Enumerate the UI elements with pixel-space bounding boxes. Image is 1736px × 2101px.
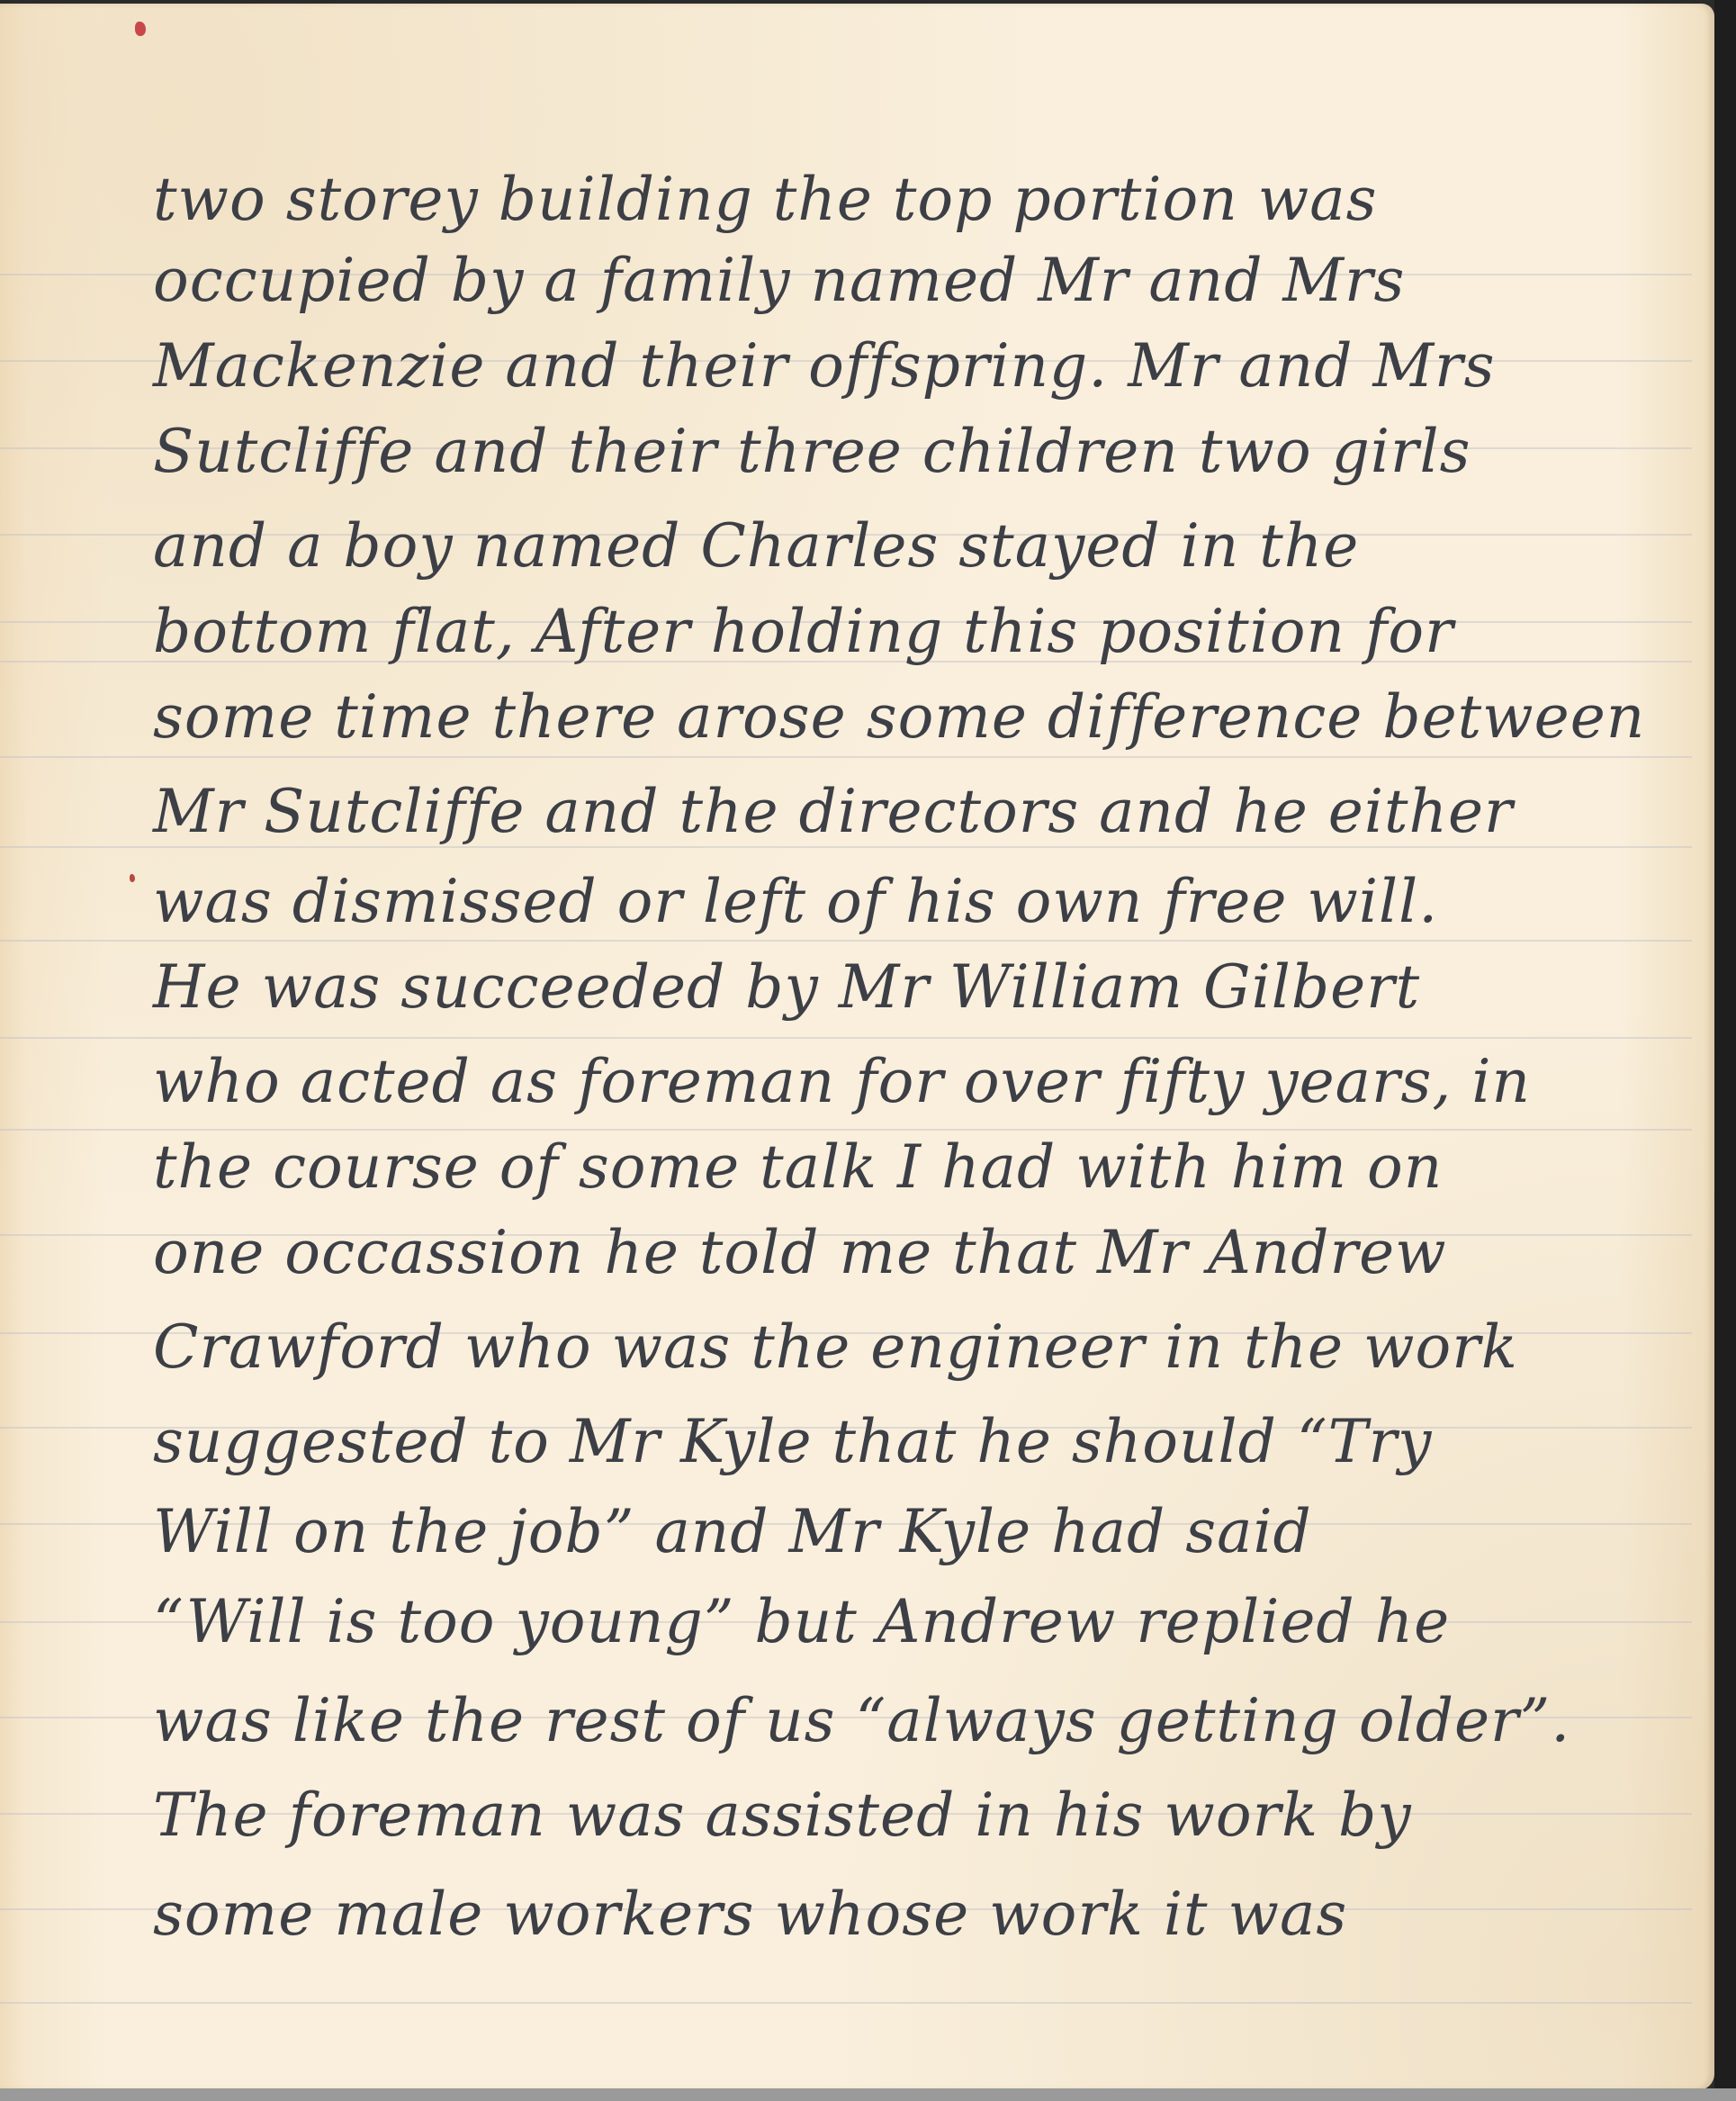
text-line: who acted as foreman for over fifty year… [153,1052,1531,1112]
text-line: Mackenzie and their offspring. Mr and Mr… [153,337,1495,396]
text-line: The foreman was assisted in his work by [153,1786,1412,1845]
text-line: was dismissed or left of his own free wi… [153,872,1438,932]
text-line: bottom flat, After holding this position… [153,602,1454,662]
handwritten-text: two storey building the top portion was … [0,4,1714,2101]
text-line: He was succeeded by Mr William Gilbert [153,958,1420,1017]
text-line: some time there arose some difference be… [153,688,1645,747]
text-line: two storey building the top portion was [153,170,1377,230]
text-line: some male workers whose work it was [153,1885,1347,1944]
scanner-edge-bottom [0,2088,1736,2101]
text-line: the course of some talk I had with him o… [153,1138,1443,1197]
text-line: Mr Sutcliffe and the directors and he ei… [153,782,1514,842]
text-line: suggested to Mr Kyle that he should “Try [153,1412,1432,1472]
text-line: one occassion he told me that Mr Andrew [153,1223,1447,1283]
text-line: was like the rest of us “always getting … [153,1691,1570,1751]
text-line: “Will is too young” but Andrew replied h… [153,1592,1450,1652]
text-line: and a boy named Charles stayed in the [153,517,1359,576]
scanner-edge-right [1714,0,1736,2101]
text-line: Sutcliffe and their three children two g… [153,422,1471,482]
text-line: Will on the job” and Mr Kyle had said [153,1502,1312,1562]
text-line: Crawford who was the engineer in the wor… [153,1318,1518,1377]
text-line: occupied by a family named Mr and Mrs [153,251,1405,311]
notebook-page: two storey building the top portion was … [0,4,1714,2090]
